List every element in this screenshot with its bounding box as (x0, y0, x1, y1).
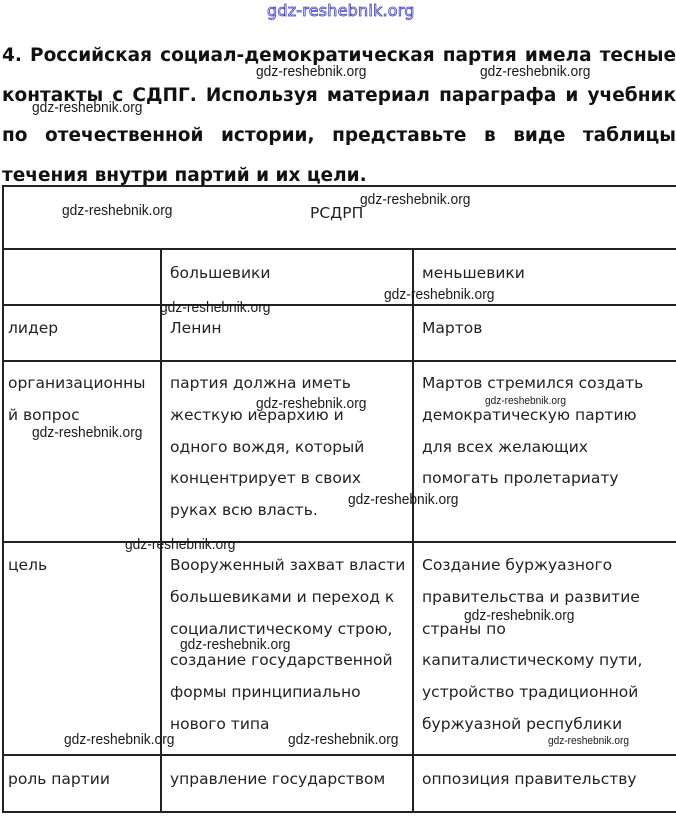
row-label-party-role: роль партии (8, 764, 110, 796)
watermark: gdz-reshebnik.org (64, 731, 174, 748)
task-word: учебник (587, 76, 676, 116)
cell-line: капиталистическому пути, (422, 645, 642, 677)
cell-role-bolsheviks: управление государством (170, 764, 385, 796)
watermark: gdz-reshebnik.org (288, 731, 398, 748)
watermark: gdz-reshebnik.org (348, 491, 458, 508)
table-border-left (2, 185, 4, 813)
cell-line: одного вождя, который (170, 432, 364, 464)
cell-line: устройство традиционной (422, 677, 642, 709)
task-word: отечественной (45, 116, 203, 156)
cell-line: оппозиция правительству (422, 764, 637, 796)
watermark: gdz-reshebnik.org (485, 395, 566, 407)
cell-organization-mensheviks: Мартов стремился создатьдемократическую … (422, 368, 643, 495)
cell-line: лидер (8, 313, 58, 345)
task-word: Российская (30, 36, 152, 76)
task-word: виде (513, 116, 565, 156)
task-word: материал (327, 76, 430, 116)
watermark: gdz-reshebnik.org (32, 99, 142, 116)
task-text: 4.Российскаясоциал-демократическаяпартия… (2, 36, 676, 196)
table-border-bottom (2, 811, 676, 813)
cell-line: роль партии (8, 764, 110, 796)
task-word: тесные (600, 36, 676, 76)
task-word: таблицы (583, 116, 676, 156)
task-word: 4. (2, 36, 22, 76)
task-word: в (484, 116, 496, 156)
task-line-3: поотечественнойистории,представьтеввидет… (2, 116, 676, 156)
row-divider (2, 754, 676, 756)
cell-line: Вооруженный захват власти (170, 550, 405, 582)
table-border-top (2, 185, 676, 187)
cell-line: формы принципиально (170, 677, 405, 709)
cell-line: цель (8, 550, 47, 582)
cell-line: организационны (8, 368, 146, 400)
cell-line: большевиками и переход к (170, 582, 405, 614)
row-label-organization: организационный вопрос (8, 368, 146, 432)
cell-line: Создание буржуазного (422, 550, 642, 582)
watermark: gdz-reshebnik.org (32, 424, 142, 441)
column-divider (160, 248, 162, 813)
watermark: gdz-reshebnik.org (125, 536, 235, 553)
task-word: Используя (206, 76, 318, 116)
watermark: gdz-reshebnik.org (180, 636, 290, 653)
watermark: gdz-reshebnik.org (160, 299, 270, 316)
cell-line: Мартов (422, 313, 482, 345)
watermark: gdz-reshebnik.org (384, 286, 494, 303)
cell-organization-bolsheviks: партия должна иметьжесткую иерархию иодн… (170, 368, 364, 527)
task-word: представьте (332, 116, 466, 156)
cell-role-mensheviks: оппозиция правительству (422, 764, 637, 796)
task-word: истории, (221, 116, 315, 156)
row-divider (2, 248, 676, 250)
task-line-4: течения внутри партий и их цели. (2, 156, 676, 196)
header-bolsheviks: большевики (170, 258, 270, 290)
task-word: параграфа (439, 76, 556, 116)
cell-line: концентрирует в своих (170, 463, 364, 495)
watermark: gdz-reshebnik.org (62, 202, 172, 219)
row-divider (2, 304, 676, 306)
task-word: и (565, 76, 578, 116)
cell-line: руках всю власть. (170, 495, 364, 527)
cell-leader-mensheviks: Мартов (422, 313, 482, 345)
watermark-top: gdz-reshebnik.org (267, 1, 415, 20)
watermark: gdz-reshebnik.org (256, 395, 366, 412)
cell-line: управление государством (170, 764, 385, 796)
task-word: по (2, 116, 28, 156)
task-word: течения внутри партий и их цели. (2, 165, 367, 186)
watermark: gdz-reshebnik.org (256, 63, 366, 80)
watermark: gdz-reshebnik.org (480, 63, 590, 80)
column-divider (412, 248, 414, 813)
cell-leader-bolsheviks: Ленин (170, 313, 222, 345)
cell-line: Ленин (170, 313, 222, 345)
row-divider (2, 360, 676, 362)
cell-line: для всех желающих (422, 432, 643, 464)
row-label-leader: лидер (8, 313, 58, 345)
row-divider (2, 541, 676, 543)
watermark: gdz-reshebnik.org (548, 735, 629, 747)
cell-goal-mensheviks: Создание буржуазногоправительства и разв… (422, 550, 642, 741)
table-title: РСДРП (310, 198, 363, 230)
watermark: gdz-reshebnik.org (360, 191, 470, 208)
watermark: gdz-reshebnik.org (464, 607, 574, 624)
row-label-goal: цель (8, 550, 47, 582)
